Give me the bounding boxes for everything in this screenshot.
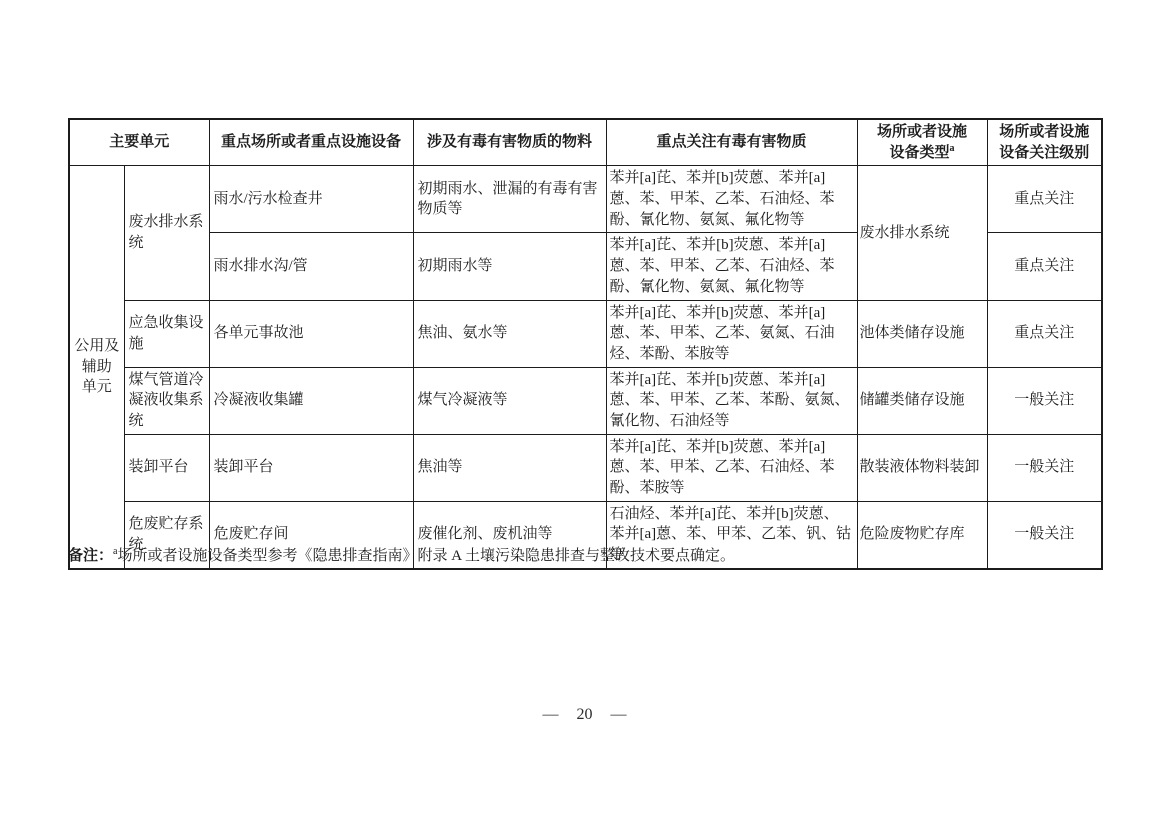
hazard-inspection-table: 主要单元 重点场所或者重点设施设备 涉及有毒有害物质的物料 重点关注有毒有害物质… <box>68 118 1103 570</box>
document-page: { "table": { "headers": { "main_unit": "… <box>0 0 1169 826</box>
cell-material: 煤气冷凝液等 <box>413 367 606 434</box>
cell-facility: 装卸平台 <box>209 434 413 501</box>
cell-facility-type: 储罐类储存设施 <box>857 367 987 434</box>
table-row: 装卸平台 装卸平台 焦油等 苯并[a]芘、苯并[b]荧蒽、苯并[a]蒽、苯、甲苯… <box>69 434 1102 501</box>
header-attention-level-line1: 场所或者设施 <box>990 122 1100 143</box>
footnote-text: 场所或者设施设备类型参考《隐患排查指南》附录 A 土壤污染隐患排查与整改技术要点… <box>117 548 735 564</box>
cell-facility-type: 池体类储存设施 <box>857 300 987 367</box>
header-attention-level-line2: 设备关注级别 <box>990 143 1100 164</box>
table-row: 煤气管道冷凝液收集系统 冷凝液收集罐 煤气冷凝液等 苯并[a]芘、苯并[b]荧蒽… <box>69 367 1102 434</box>
cell-material: 焦油、氨水等 <box>413 300 606 367</box>
cell-sub-unit: 煤气管道冷凝液收集系统 <box>124 367 209 434</box>
header-facility-type: 场所或者设施设备类型a <box>857 119 987 166</box>
header-material: 涉及有毒有害物质的物料 <box>413 119 606 166</box>
cell-sub-unit: 应急收集设施 <box>124 300 209 367</box>
table-row: 公用及 辅助 单元 废水排水系统 雨水/污水检查井 初期雨水、泄漏的有毒有害物质… <box>69 166 1102 233</box>
footnote-label: 备注： <box>68 548 113 564</box>
cell-attention-level: 重点关注 <box>987 300 1102 367</box>
cell-material: 初期雨水等 <box>413 233 606 300</box>
page-number-value: 20 <box>577 706 593 724</box>
cell-attention-level: 一般关注 <box>987 367 1102 434</box>
cell-facility: 雨水/污水检查井 <box>209 166 413 233</box>
cell-facility-type: 废水排水系统 <box>857 166 987 300</box>
cell-attention-level: 重点关注 <box>987 166 1102 233</box>
page-number-dash-left: — <box>543 706 559 724</box>
table-header-row: 主要单元 重点场所或者重点设施设备 涉及有毒有害物质的物料 重点关注有毒有害物质… <box>69 119 1102 166</box>
cell-substances: 苯并[a]芘、苯并[b]荧蒽、苯并[a]蒽、苯、甲苯、乙苯、石油烃、苯酚、苯胺等 <box>606 434 857 501</box>
cell-attention-level: 一般关注 <box>987 434 1102 501</box>
cell-sub-unit: 装卸平台 <box>124 434 209 501</box>
cell-substances: 苯并[a]芘、苯并[b]荧蒽、苯并[a]蒽、苯、甲苯、乙苯、石油烃、苯酚、氰化物… <box>606 166 857 233</box>
cell-attention-level: 重点关注 <box>987 233 1102 300</box>
cell-material: 焦油等 <box>413 434 606 501</box>
table-row: 应急收集设施 各单元事故池 焦油、氨水等 苯并[a]芘、苯并[b]荧蒽、苯并[a… <box>69 300 1102 367</box>
header-type-superscript: a <box>950 143 955 154</box>
cell-facility: 雨水排水沟/管 <box>209 233 413 300</box>
footnote: 备注：a场所或者设施设备类型参考《隐患排查指南》附录 A 土壤污染隐患排查与整改… <box>68 546 1108 566</box>
cell-sub-unit: 废水排水系统 <box>124 166 209 300</box>
header-substances: 重点关注有毒有害物质 <box>606 119 857 166</box>
cell-unit-group: 公用及 辅助 单元 <box>69 166 124 569</box>
cell-substances: 苯并[a]芘、苯并[b]荧蒽、苯并[a]蒽、苯、甲苯、乙苯、氨氮、石油烃、苯酚、… <box>606 300 857 367</box>
cell-facility-type: 散装液体物料装卸 <box>857 434 987 501</box>
cell-substances: 苯并[a]芘、苯并[b]荧蒽、苯并[a]蒽、苯、甲苯、乙苯、苯酚、氨氮、氰化物、… <box>606 367 857 434</box>
cell-facility: 冷凝液收集罐 <box>209 367 413 434</box>
cell-facility: 各单元事故池 <box>209 300 413 367</box>
header-facility-type-line1: 场所或者设施 <box>860 122 985 143</box>
header-attention-level: 场所或者设施设备关注级别 <box>987 119 1102 166</box>
header-facility-type-line2: 设备类型a <box>860 143 985 164</box>
page-number: — 20 — <box>0 706 1169 724</box>
header-key-facility: 重点场所或者重点设施设备 <box>209 119 413 166</box>
header-main-unit: 主要单元 <box>69 119 209 166</box>
cell-substances: 苯并[a]芘、苯并[b]荧蒽、苯并[a]蒽、苯、甲苯、乙苯、石油烃、苯酚、氰化物… <box>606 233 857 300</box>
page-number-dash-right: — <box>611 706 627 724</box>
cell-material: 初期雨水、泄漏的有毒有害物质等 <box>413 166 606 233</box>
